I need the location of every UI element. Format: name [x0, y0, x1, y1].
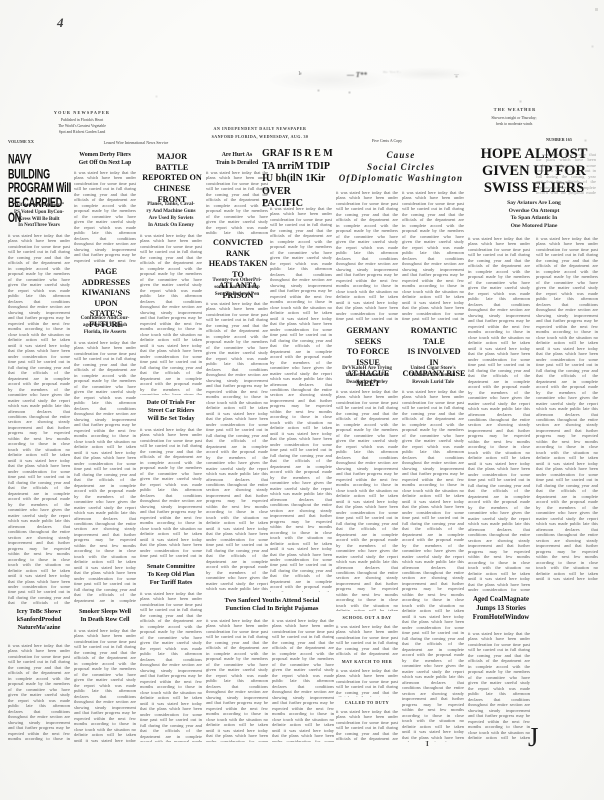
headline-smoker-death-cell: Smoker Sleeps Well In Death Row Cell	[74, 608, 136, 624]
crosshead-called-to-duty: CALLED TO DUTY	[336, 700, 398, 705]
story-body-senate: it was stated here today that the plans …	[140, 591, 202, 742]
story-body-convicted: it was stated here today that the plans …	[206, 301, 268, 593]
story-body-germany: it was stated here today that the plans …	[336, 389, 398, 611]
story-body-cause-right: it was stated here today that the plans …	[402, 190, 464, 322]
price-label: Five Cents A Copy	[350, 138, 424, 143]
stray-mark-t: — T**	[347, 71, 367, 79]
story-body-romantic: it was stated here today that the plans …	[402, 389, 464, 742]
story-body-coal: it was stated here today that the plans …	[468, 631, 530, 742]
weather-forecast-text: Showers tonight or Thursday; fresh to mo…	[466, 116, 562, 128]
story-body-graf: it was stated here today that the plans …	[270, 206, 332, 592]
story-body-navy: it was stated here today that the plans …	[8, 233, 70, 605]
weather-box-title: THE WEATHER	[478, 107, 552, 112]
headline-train-derailed: Are Hurt As Train Is Derailed	[206, 152, 268, 167]
newspaper-front-page: 4 1 — T** Ha- 'Yr-t T'.- — I J YOUR NEWS…	[0, 0, 604, 800]
headline-coal-magnate: Aged CoalMagnate Jumps 13 Stories FromHo…	[466, 596, 536, 622]
headline-senate-tariff: Senate Committee To Keep Old Plan For Ta…	[140, 563, 202, 587]
headline-pajamas: Two Sanford Youths Attend Social Functio…	[206, 597, 338, 614]
wire-service-line: Leased Wire International News Service	[66, 140, 206, 145]
headline-celery-magazine: Icry ToBc Showr kSanfordProdud NatureMa'…	[8, 608, 70, 632]
story-body-crosshead-b: it was stated here today that the plans …	[336, 668, 398, 697]
independent-daily-line: AN INDEPENDENT DAILY NEWSPAPER	[196, 126, 324, 131]
story-body-smoker: it was stated here today that the plans …	[74, 628, 136, 742]
story-body-celery: it was stated here today that the plans …	[8, 643, 70, 742]
story-body-pajamas-right: it was stated here today that the plans …	[272, 618, 334, 742]
stray-mark-one: 1	[298, 71, 301, 77]
subhead-swiss-fliers: Say Aviators Are Long Overdue On Attempt…	[472, 200, 596, 230]
subhead-navy-building: “Fifteen New Cruisers” PS Voted Upon ByC…	[8, 203, 70, 230]
headline-streetcar-trials: Date Of Trials For Street Car Riders Wil…	[140, 399, 202, 423]
scan-speckles	[0, 0, 1, 1]
issue-number-label: NUMBER 165	[522, 137, 596, 142]
subhead-major-battle: Planes, Tanks, Caval- ry And Machine Gun…	[140, 201, 202, 229]
city-date-line: SANFORD FLORIDA, WEDNESDAY, AUG. 30	[184, 134, 336, 139]
nameplate-smudge: Ha- 'Yr-t T'.-	[383, 70, 429, 74]
headline-graf-zeppelin: GRAF IS R E M TA nrriM TDIP IU bh(ilN 1K…	[262, 148, 334, 211]
crosshead-may-katch: MAY KATCH TO HER	[336, 659, 398, 664]
story-body-crosshead-a: it was stated here today that the plans …	[336, 624, 398, 656]
story-body-page: it was stated here today that the plans …	[74, 340, 136, 604]
story-body-derby: it was stated here today that the plans …	[74, 170, 136, 264]
story-body-major: it was stated here today that the plans …	[140, 233, 202, 395]
headline-women-derby: Women Derby Fliers Get Off On Next Lap	[74, 152, 136, 167]
story-body-pajamas-left: it was stated here today that the plans …	[206, 618, 268, 742]
story-body-trials: it was stated here today that the plans …	[140, 427, 202, 559]
story-body-hope-right: it was stated here today that the plans …	[536, 236, 598, 580]
subhead-convicted-bank-heads: Twenty-two OtherPri- soners Are In Group…	[206, 277, 268, 298]
story-body-cause-left: it was stated here today that the plans …	[336, 190, 398, 322]
pencil-mark: 4	[57, 15, 64, 31]
subhead-romantic-tale: United Cigar Store's Transfer Of Control…	[402, 365, 464, 386]
subhead-page-addresses: Confidence AndCour- age Needed To Push F…	[74, 315, 136, 336]
your-newspaper-label: YOUR NEWSPAPER	[24, 110, 140, 115]
volume-label: VOLUME XX	[8, 139, 64, 144]
story-body-hope-left: it was stated here today that the plans …	[468, 236, 530, 592]
headline-major-battle: MAJOR BATTLE REPORTED ON CHINESE FRONT	[140, 152, 204, 205]
crosshead-school-out: SCHOOL OUT A DAY	[336, 615, 398, 620]
headline-cause-social-circles: Cause Social Circles OfDiplomatic Washin…	[336, 150, 466, 185]
story-body-derailed: it was stated here today that the plans …	[206, 170, 268, 234]
story-body-right-fragment: it was stated here today that the plans …	[536, 152, 596, 196]
stray-dash: —	[454, 73, 459, 78]
subhead-germany-hague: DrVKaloH Are Trying To Get Solution For …	[336, 365, 398, 386]
story-body-crosshead-c: it was stated here today that the plans …	[336, 709, 398, 742]
masthead-slogan: Published in Florida's Heart The World's…	[20, 118, 144, 136]
